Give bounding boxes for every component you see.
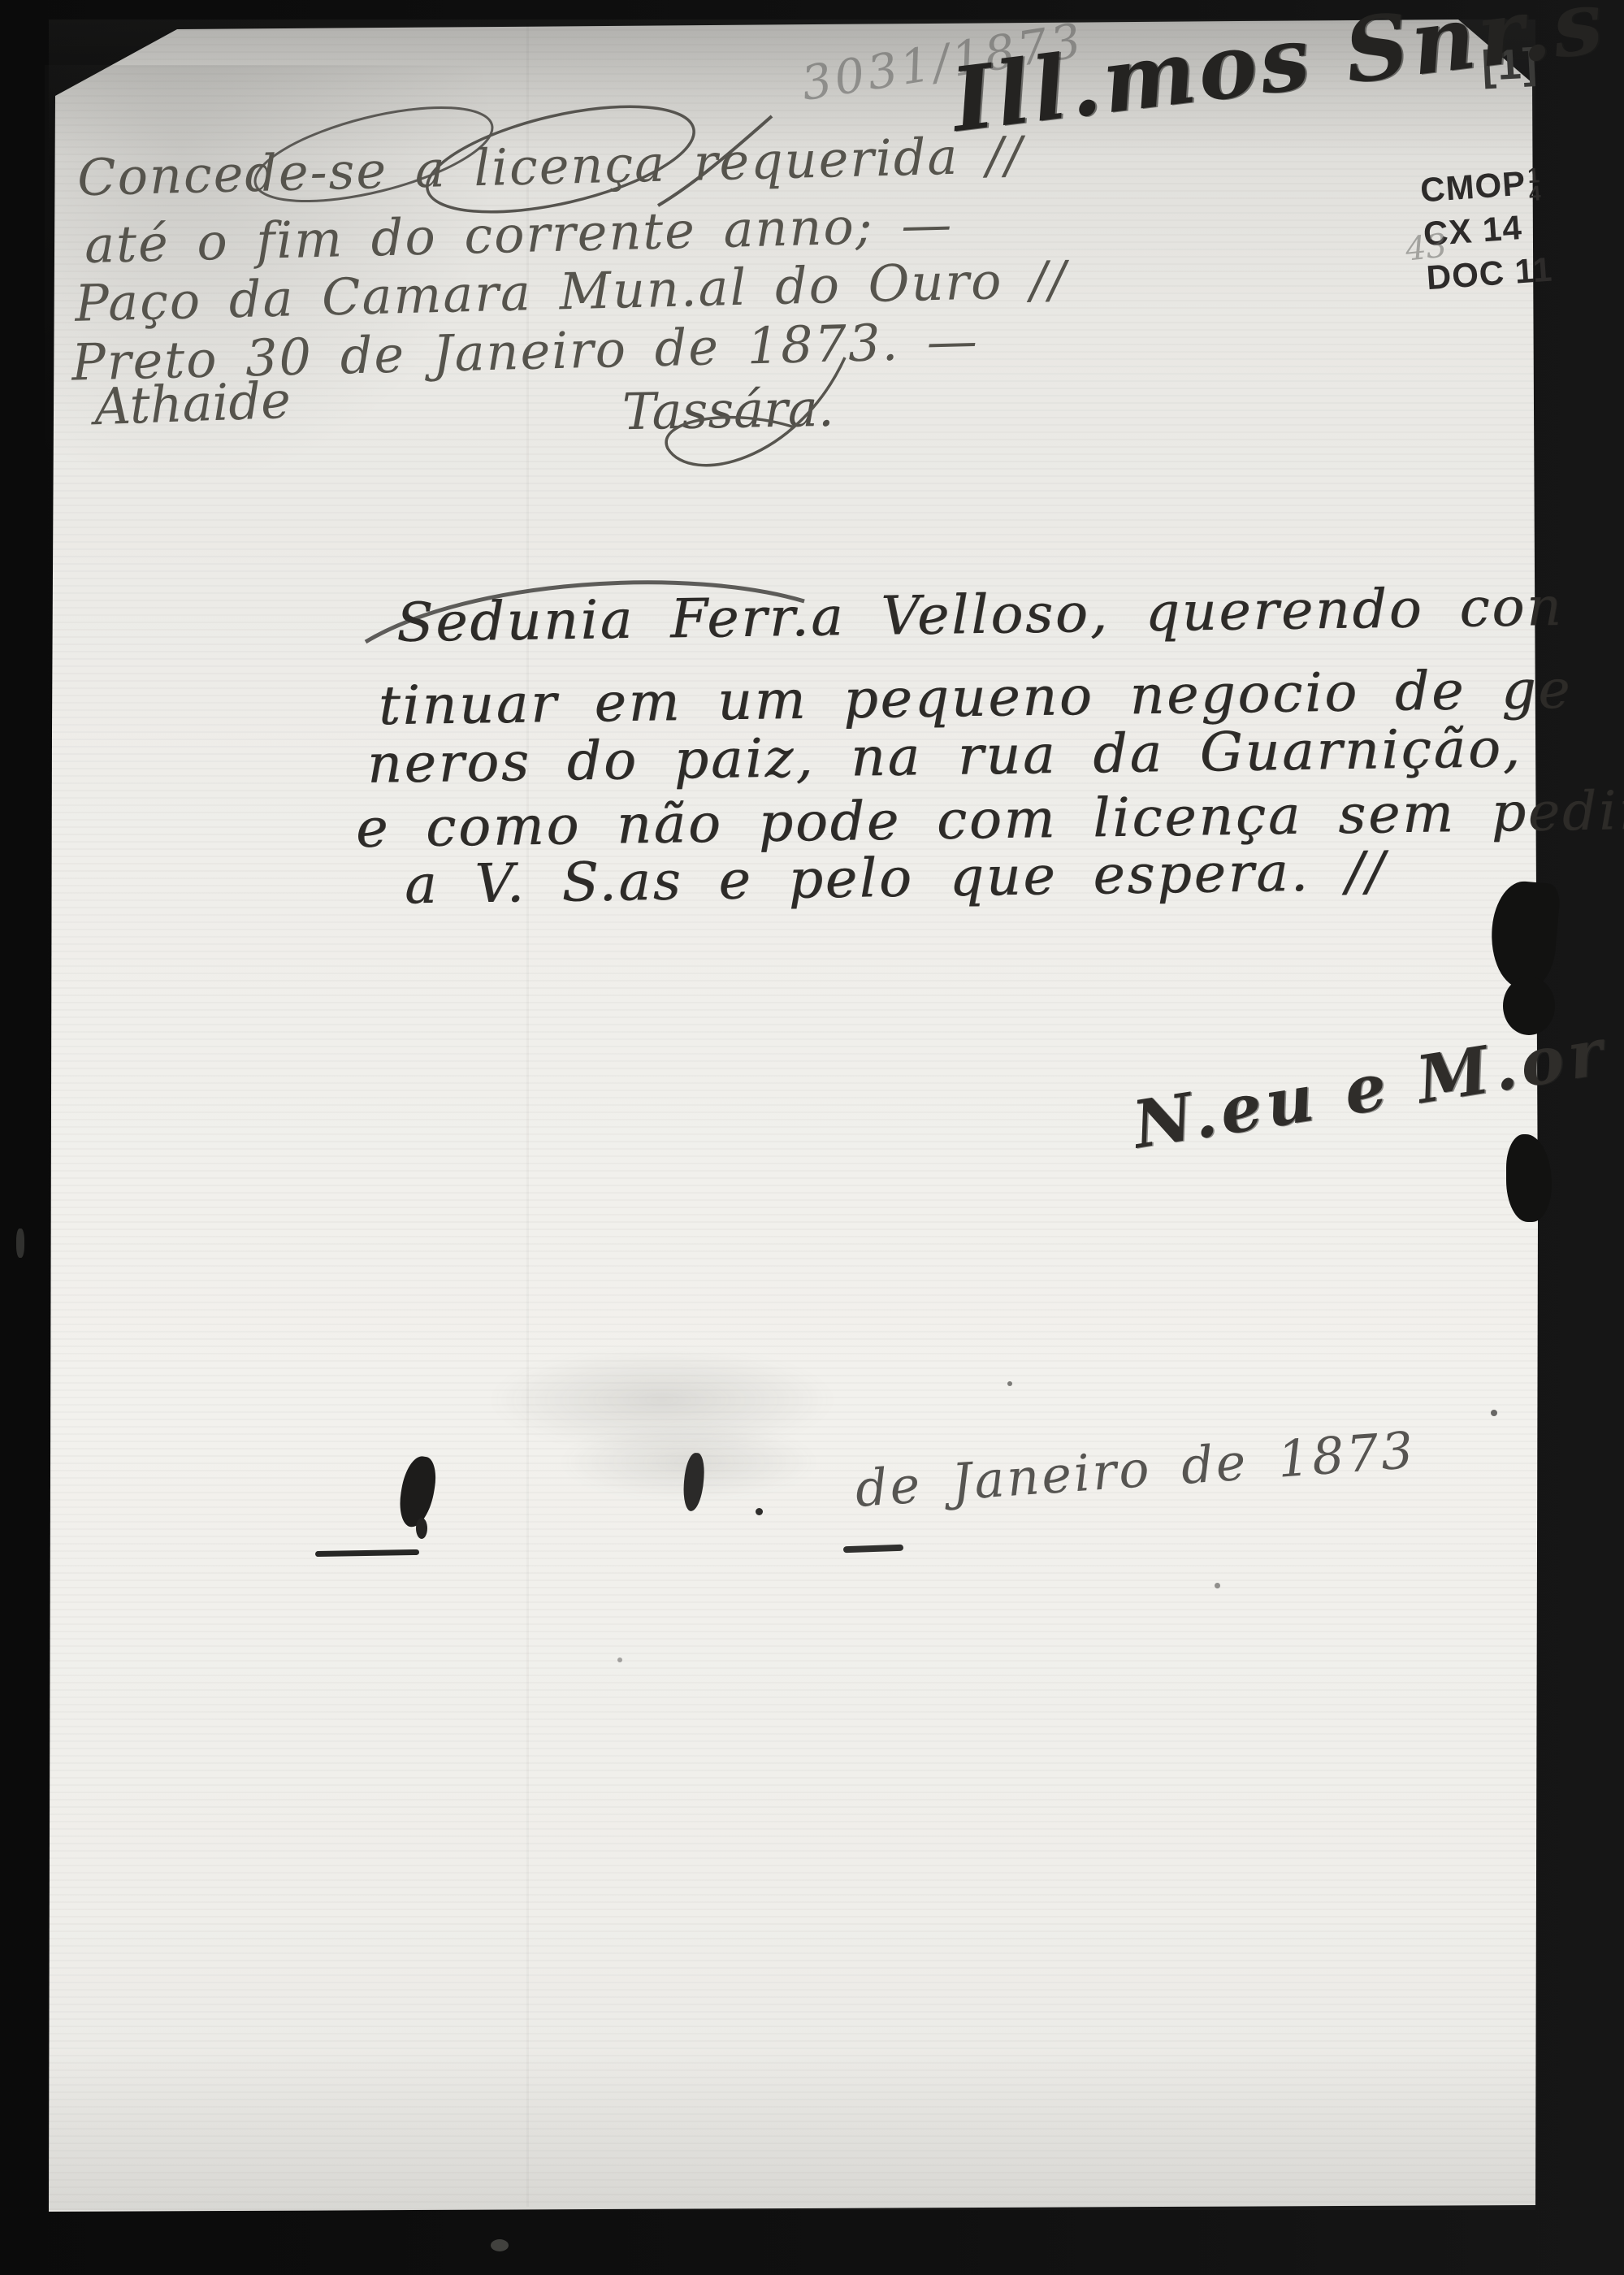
ink-speck (617, 1657, 622, 1662)
scanner-speck (491, 2239, 509, 2251)
paper-tear (1503, 977, 1555, 1035)
archive-stamp-fraction: 14 (1527, 166, 1543, 202)
ink-speck (1215, 1583, 1220, 1588)
paper-tear (1506, 1134, 1552, 1222)
ink-speck (756, 1508, 763, 1515)
ink-speck (1491, 1410, 1497, 1416)
pencil-mark: 43 (1404, 227, 1449, 268)
ink-blot (416, 1518, 427, 1539)
pen-flourish-icon (634, 349, 877, 487)
ink-speck (1007, 1381, 1012, 1386)
signature-athaide: Athaide (93, 370, 292, 436)
archive-stamp-fund: CMOP14 (1419, 160, 1548, 213)
scanned-document: 3031/1873 [1] CMOP14 CX 14 DOC 11 43 Ill… (0, 0, 1624, 2275)
scanner-scratch (16, 1228, 24, 1258)
